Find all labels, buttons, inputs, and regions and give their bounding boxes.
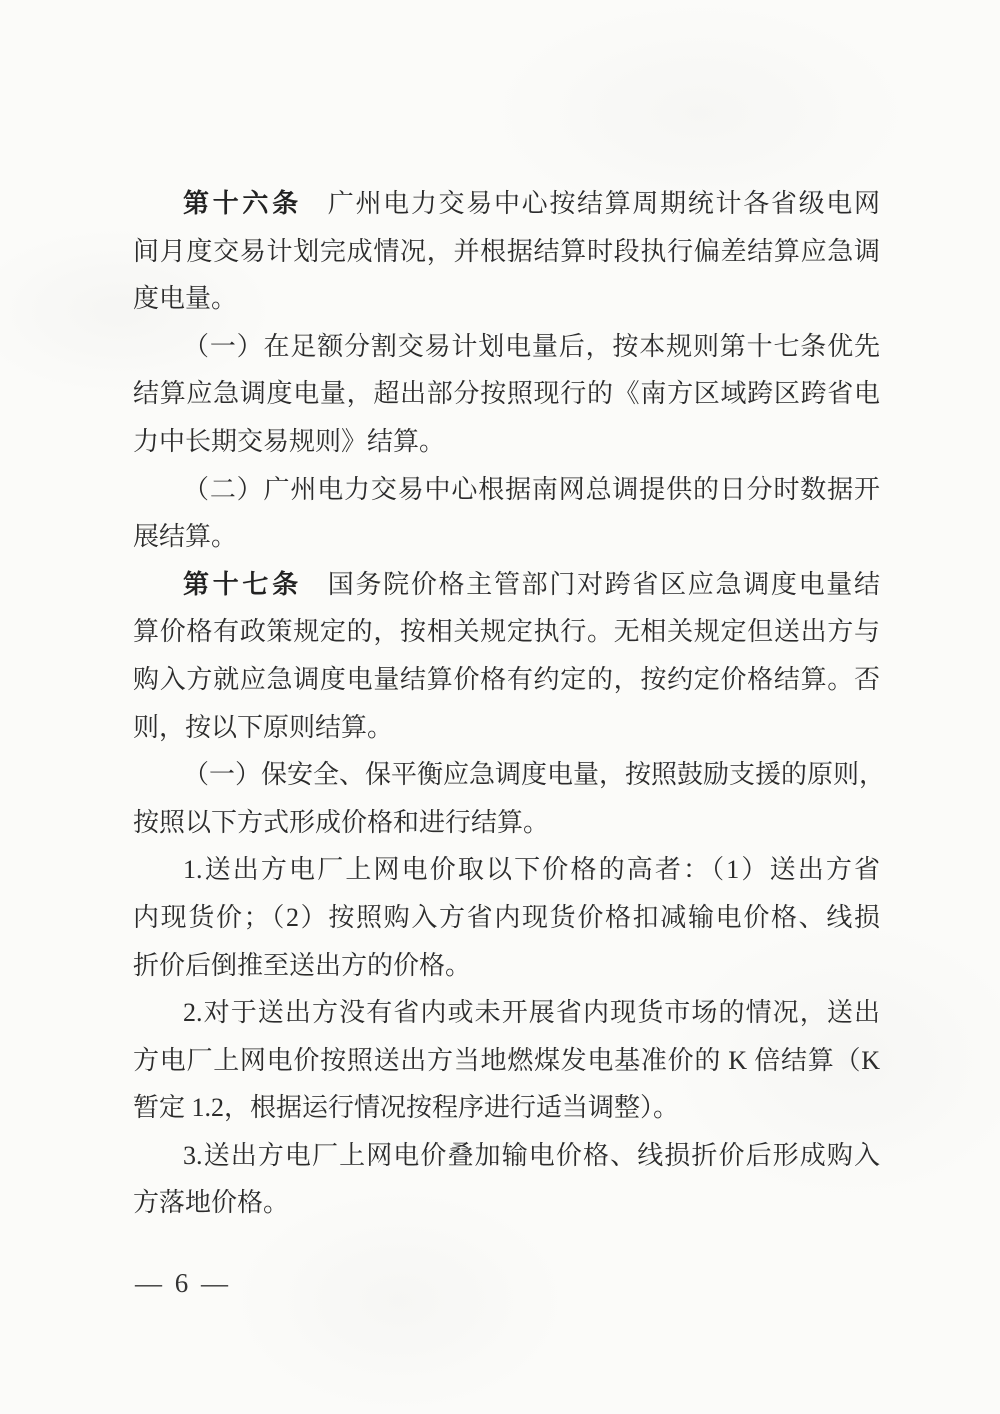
text-line: （一）保安全、保平衡应急调度电量，按照鼓励支援的原则， [133, 751, 880, 799]
text-line: 购入方就应急调度电量结算价格有约定的，按约定价格结算。否 [133, 656, 880, 704]
text-line: 方落地价格。 [133, 1179, 880, 1227]
document-page: 第十六条广州电力交易中心按结算周期统计各省级电网 间月度交易计划完成情况，并根据… [0, 0, 1000, 1414]
text-line: 算价格有政策规定的，按相关规定执行。无相关规定但送出方与 [133, 608, 880, 656]
text-line: 3.送出方电厂上网电价叠加输电价格、线损折价后形成购入 [133, 1132, 880, 1180]
text-line: 结算应急调度电量，超出部分按照现行的《南方区域跨区跨省电 [133, 370, 880, 418]
text-line: 第十六条广州电力交易中心按结算周期统计各省级电网 [133, 180, 880, 228]
text-line: 第十七条国务院价格主管部门对跨省区应急调度电量结 [133, 561, 880, 609]
text-line: （一）在足额分割交易计划电量后，按本规则第十七条优先 [133, 323, 880, 371]
article-heading: 第十六条 [183, 189, 302, 218]
text-line: 2.对于送出方没有省内或未开展省内现货市场的情况，送出 [133, 989, 880, 1037]
document-text-block: 第十六条广州电力交易中心按结算周期统计各省级电网 间月度交易计划完成情况，并根据… [133, 180, 880, 1227]
text-line: 折价后倒推至送出方的价格。 [133, 942, 880, 990]
text-line: 间月度交易计划完成情况，并根据结算时段执行偏差结算应急调 [133, 228, 880, 276]
text-line: 按照以下方式形成价格和进行结算。 [133, 799, 880, 847]
text-line: 展结算。 [133, 513, 880, 561]
text-run: 国务院价格主管部门对跨省区应急调度电量结 [328, 570, 880, 599]
text-line: 内现货价；（2）按照购入方省内现货价格扣减输电价格、线损 [133, 894, 880, 942]
text-line: 1.送出方电厂上网电价取以下价格的高者：（1）送出方省 [133, 846, 880, 894]
text-line: 度电量。 [133, 275, 880, 323]
article-heading: 第十七条 [183, 570, 302, 599]
text-line: 力中长期交易规则》结算。 [133, 418, 880, 466]
page-number: — 6 — [135, 1268, 231, 1298]
text-line: 方电厂上网电价按照送出方当地燃煤发电基准价的 K 倍结算（K [133, 1037, 880, 1085]
text-line: （二）广州电力交易中心根据南网总调提供的日分时数据开 [133, 466, 880, 514]
text-line: 则，按以下原则结算。 [133, 704, 880, 752]
text-run: 广州电力交易中心按结算周期统计各省级电网 [328, 189, 880, 218]
text-line: 暂定 1.2，根据运行情况按程序进行适当调整）。 [133, 1084, 880, 1132]
